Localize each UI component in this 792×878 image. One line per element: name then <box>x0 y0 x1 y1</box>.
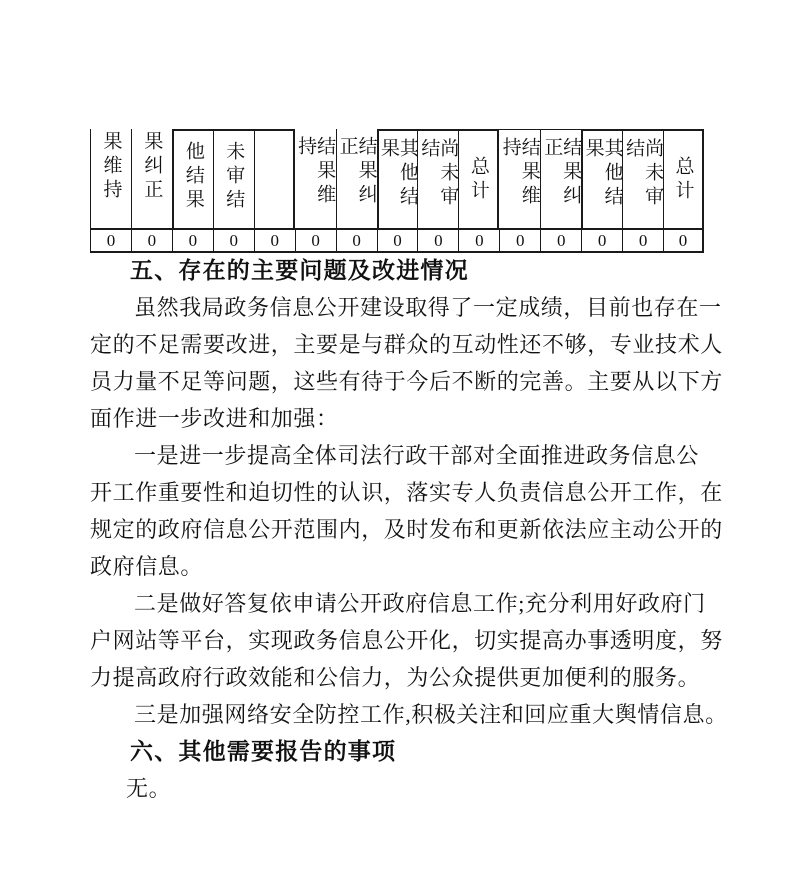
table-value-cell: 0 <box>499 228 540 253</box>
paragraph-line: 虽然我局政务信息公开建设取得了一定成绩，目前也存在一 <box>90 289 712 326</box>
table-value-cell: 0 <box>295 228 336 253</box>
value: 0 <box>230 231 239 251</box>
value: 0 <box>189 231 198 251</box>
value: 0 <box>598 231 607 251</box>
paragraph-line: 规定的政府信息公开范围内，及时发布和更新依法应主动公开的 <box>90 511 712 548</box>
table-header-cell: 结果维持 <box>295 129 336 228</box>
table-header-cell: 未审结 <box>213 129 254 228</box>
header-label: 总计 <box>469 156 488 204</box>
paragraph-line: 面作进一步改进和加强： <box>90 400 712 437</box>
paragraph-line: 二是做好答复依申请公开政府信息工作;充分利用好政府门 <box>90 585 712 622</box>
paragraph-line: 力提高政府行政效能和公信力，为公众提供更加便利的服务。 <box>90 659 712 696</box>
value: 0 <box>434 231 443 251</box>
table-value-cell: 0 <box>254 228 295 253</box>
value: 0 <box>679 231 688 251</box>
statistics-table: 果维持 果纠正 他结果 未审结 结果维持 结果纠正 其他结果 尚未审结 总计 结… <box>90 129 704 253</box>
table-value-cell: 0 <box>172 228 213 253</box>
header-label: 果维持 <box>101 131 120 203</box>
value: 0 <box>352 231 361 251</box>
table-header-cell: 其他结果 <box>581 129 622 228</box>
table-value-cell: 0 <box>131 228 172 253</box>
paragraph-line: 定的不足需要改进，主要是与群众的互动性还不够，专业技术人 <box>90 326 712 363</box>
value: 0 <box>557 231 566 251</box>
table-header-cell: 总计 <box>663 129 704 228</box>
paragraph-line: 一是进一步提高全体司法行政干部对全面推进政务信息公 <box>90 437 712 474</box>
header-label: 结果维持 <box>296 136 334 228</box>
table-value-cell: 0 <box>622 228 663 253</box>
paragraph-line: 三是加强网络安全防控工作,积极关注和回应重大舆情信息。 <box>90 696 712 733</box>
header-label: 结果纠正 <box>542 137 580 228</box>
table-header-cell: 尚未审结 <box>417 129 458 228</box>
closing-line: 无。 <box>90 770 712 807</box>
table-value-cell: 0 <box>213 228 254 253</box>
header-label: 结果纠正 <box>338 136 376 228</box>
table-header-cell: 结果维持 <box>499 129 540 228</box>
table-header-cell: 他结果 <box>172 129 213 228</box>
table-value-cell: 0 <box>90 228 131 253</box>
section-5-heading: 五、存在的主要问题及改进情况 <box>90 252 712 289</box>
value: 0 <box>107 231 116 251</box>
table-header-cell: 总计 <box>458 129 499 228</box>
value: 0 <box>311 231 320 251</box>
table-value-cell: 0 <box>458 228 499 253</box>
table-header-cell: 结果纠正 <box>336 129 377 228</box>
value: 0 <box>516 231 525 251</box>
header-label: 结果维持 <box>501 137 539 228</box>
header-label: 其他结果 <box>584 138 622 228</box>
paragraph-line: 政府信息。 <box>90 548 712 585</box>
table-header-cell: 结果纠正 <box>540 129 581 228</box>
value: 0 <box>475 231 484 251</box>
table-header-cell: 其他结果 <box>377 129 418 228</box>
header-label: 尚未审结 <box>419 138 457 228</box>
table-value-cell: 0 <box>417 228 458 253</box>
paragraph-line: 开工作重要性和迫切性的认识，落实专人负责信息公开工作，在 <box>90 474 712 511</box>
header-label: 他结果 <box>184 141 203 213</box>
table-value-cell: 0 <box>336 228 377 253</box>
header-label: 尚未审结 <box>624 138 662 228</box>
table-value-cell: 0 <box>663 228 704 253</box>
paragraph-line: 户网站等平台，实现政务信息公开化，切实提高办事透明度，努 <box>90 622 712 659</box>
report-page: { "table": { "headers": [ "果维持", "果纠正", … <box>0 0 792 878</box>
table-header-cell: 尚未审结 <box>622 129 663 228</box>
table-value-cell: 0 <box>377 228 418 253</box>
table-value-cell: 0 <box>540 228 581 253</box>
table-header-cell: 果维持 <box>90 129 131 228</box>
table-value-cell: 0 <box>581 228 622 253</box>
section-6-heading: 六、其他需要报告的事项 <box>90 733 712 770</box>
table-header-cell: 果纠正 <box>131 129 172 228</box>
value: 0 <box>639 231 648 251</box>
header-label: 其他结果 <box>379 138 417 228</box>
header-label: 未审结 <box>224 141 243 213</box>
paragraph-line: 员力量不足等问题，这些有待于今后不断的完善。主要从以下方 <box>90 363 712 400</box>
value: 0 <box>270 231 279 251</box>
table-header-cell-empty <box>254 129 295 228</box>
value: 0 <box>393 231 402 251</box>
value: 0 <box>148 231 157 251</box>
report-body: 五、存在的主要问题及改进情况 虽然我局政务信息公开建设取得了一定成绩，目前也存在… <box>90 252 712 807</box>
header-label: 总计 <box>674 156 693 204</box>
header-label: 果纠正 <box>142 131 161 203</box>
